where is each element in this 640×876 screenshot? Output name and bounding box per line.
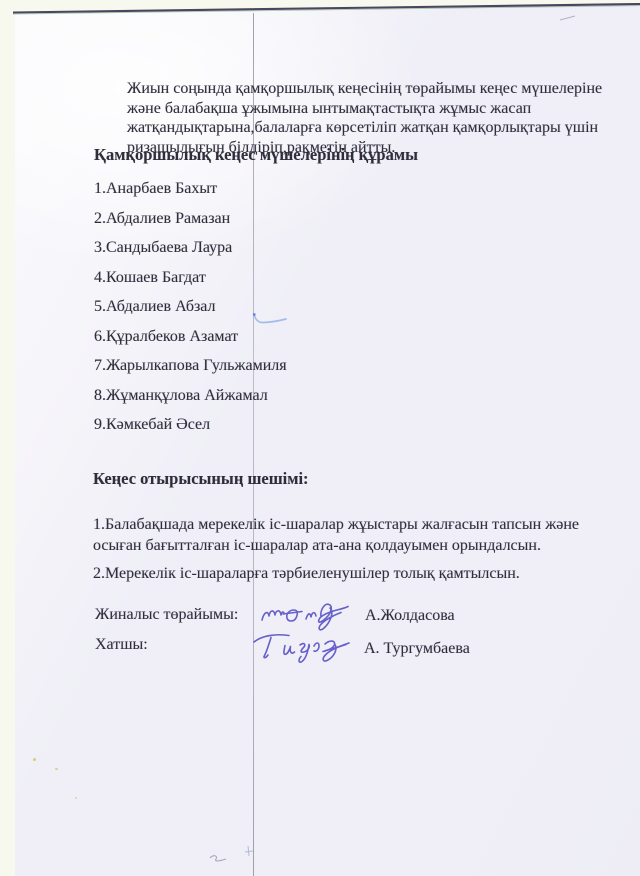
decision-item: 2.Мерекелік іс-шараларға тәрбиеленушілер… bbox=[93, 563, 609, 584]
decision-item: 1.Балабақшада мерекелік іс-шаралар жұыст… bbox=[93, 514, 609, 556]
secretary-role-label: Хатшы: bbox=[95, 636, 148, 654]
decisions-heading: Кеңес отырысының шешімі: bbox=[93, 469, 309, 489]
scan-speck bbox=[75, 797, 77, 799]
member-item: 2.Абдалиев Рамазан bbox=[94, 209, 287, 229]
members-heading: Қамқоршылық кеңес мүшелерінің құрамы bbox=[94, 145, 418, 165]
members-list: 1.Анарбаев Бахыт 2.Абдалиев Рамазан 3.Са… bbox=[94, 179, 287, 445]
chairperson-name: А.Жолдасова bbox=[365, 607, 455, 625]
member-item: 6.Құралбеков Азамат bbox=[94, 327, 287, 347]
scan-speck bbox=[33, 758, 36, 761]
chairperson-role-label: Жиналыс төрайымы: bbox=[95, 606, 238, 624]
member-item: 4.Кошаев Багдат bbox=[94, 268, 287, 288]
secretary-name: А. Тургумбаева bbox=[364, 640, 470, 658]
member-item: 5.Абдалиев Абзал bbox=[94, 297, 287, 317]
scanned-document: { "document": { "intro_paragraph": "Жиын… bbox=[0, 0, 640, 876]
scan-speck bbox=[55, 768, 58, 770]
member-item: 9.Кәмкебай Әсел bbox=[94, 415, 287, 435]
member-item: 7.Жарылкапова Гульжамиля bbox=[94, 356, 287, 376]
member-item: 3.Сандыбаева Лаура bbox=[94, 238, 287, 258]
member-item: 8.Жұманқұлова Айжамал bbox=[94, 386, 287, 406]
secretary-signature-icon bbox=[246, 627, 356, 667]
member-item: 1.Анарбаев Бахыт bbox=[94, 179, 287, 199]
